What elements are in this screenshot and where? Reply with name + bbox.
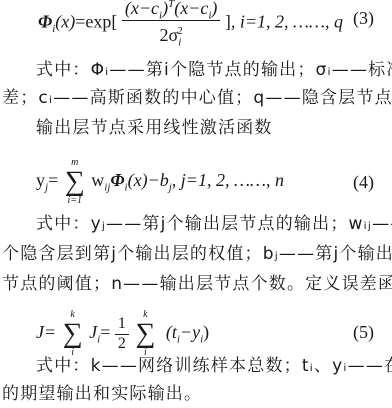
equation-number-5: (5) (353, 322, 374, 343)
equation-number-3: (3) (353, 8, 374, 29)
summation-symbol: ∑ki (61, 320, 85, 348)
paragraph-line: 个隐含层到第j个输出层的权值；bⱼ——第j个输出层 (2, 244, 392, 264)
paragraph-line: 节点的阈值；n——输出层节点个数。定义误差函数为 (2, 274, 392, 294)
paragraph-line: 式中：Φᵢ——第i个隐节点的输出；σᵢ——标准偏 (0, 60, 392, 80)
paragraph-line: 输出层节点采用线性激活函数 (0, 118, 273, 138)
equation-4: yj= ∑mi=1 wijΦi(x)−bj, j=1, 2, ……, n (36, 168, 284, 196)
fraction: (x−ci)T(x−ci) 2σi2 (122, 0, 221, 45)
fraction: 1 2 (115, 316, 129, 352)
phi-symbol: Φ (38, 12, 52, 32)
summation-symbol: ∑ki (133, 320, 157, 348)
equation-number-4: (4) (353, 172, 374, 193)
equation-5: J= ∑ki Ji= 1 2 ∑ki (ti−yi) (36, 316, 209, 352)
paragraph-line: 的期望输出和实际输出。 (2, 384, 202, 404)
paragraph-line: 式中：k——网络训练样本总数；tᵢ、yᵢ——在样本i (0, 356, 392, 376)
summation-symbol: ∑mi=1 (63, 168, 87, 196)
paragraph-line: 式中：yⱼ——第j个输出层节点的输出；wᵢⱼ——第i (0, 214, 392, 234)
paragraph-line: 差；cᵢ——高斯函数的中心值；q——隐含层节点个数。 (2, 88, 392, 108)
equation-3: Φi(x)=exp[ (x−ci)T(x−ci) 2σi2 ], i=1, 2,… (38, 2, 343, 54)
